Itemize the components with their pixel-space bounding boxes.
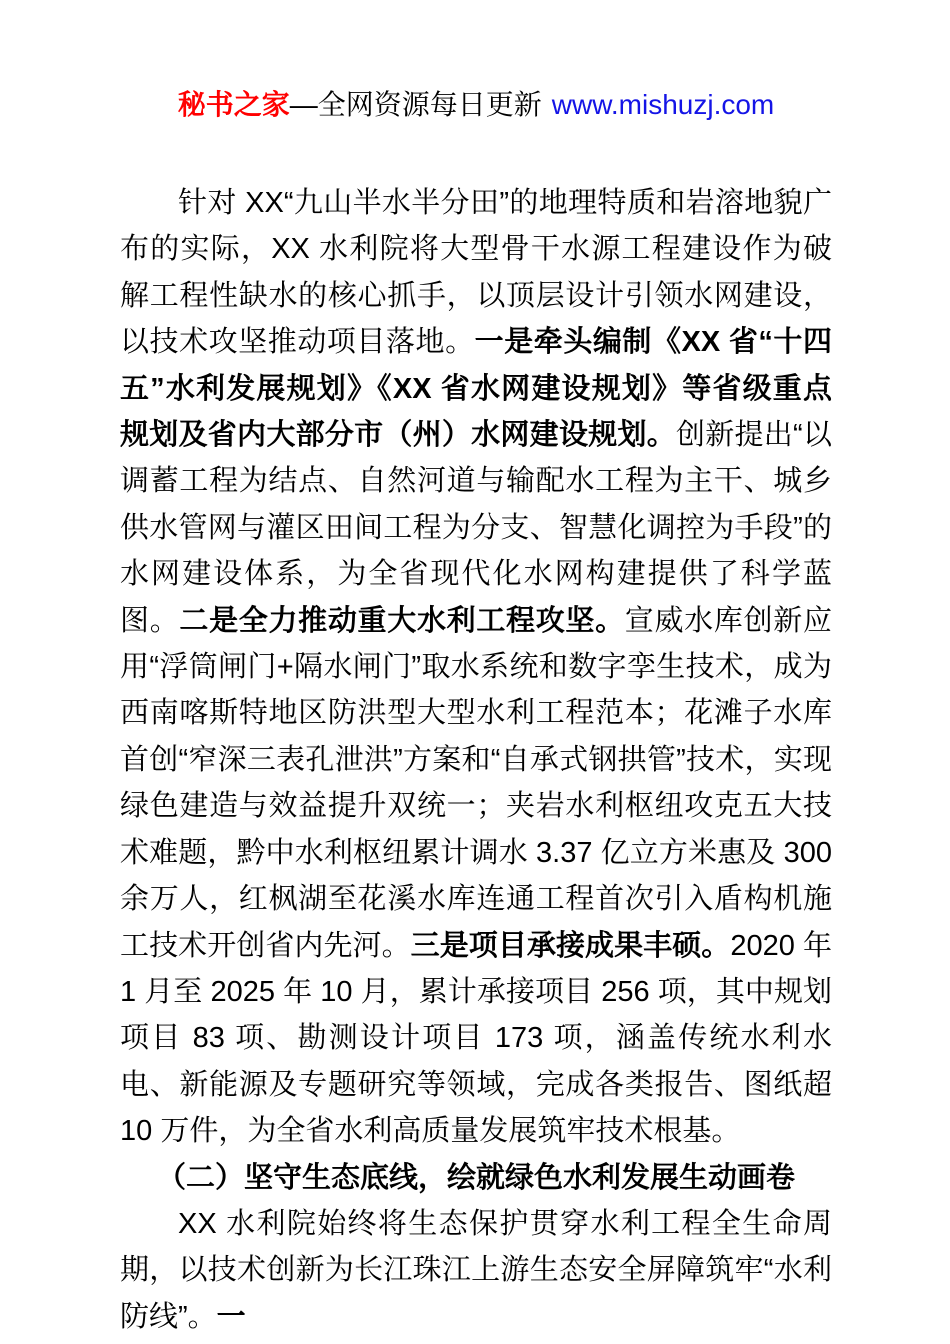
bold-text-run: 一 [217,1301,246,1333]
site-tagline: —全网资源每日更新 [290,89,542,120]
bold-text-run: （二）坚守生态底线，绘就绿色水利发展生动画卷 [157,1162,795,1194]
site-name: 秘书之家 [178,89,290,120]
text-run: 宣威水库创新应用“浮筒闸门+隔水闸门”取水系统和数字孪生技术，成为西南喀斯特地区… [120,605,832,962]
bold-text-run: 二是全力推动重大水利工程攻坚。 [179,605,624,637]
document-header: 秘书之家—全网资源每日更新www.mishuzj.com [120,86,832,124]
paragraph: 针对 XX“九山半水半分田”的地理特质和岩溶地貌广布的实际，XX 水利院将大型骨… [120,180,832,1155]
bold-text-run: 三是项目承接成果丰硕。 [411,930,731,962]
paragraph: XX 水利院始终将生态保护贯穿水利工程全生命周期，以技术创新为长江珠江上游生态安… [120,1201,832,1340]
document-body: 针对 XX“九山半水半分田”的地理特质和岩溶地貌广布的实际，XX 水利院将大型骨… [120,180,832,1340]
text-run: 2020 年 1 月至 2025 年 10 月，累计承接项目 256 项，其中规… [120,930,832,1148]
document-page: 秘书之家—全网资源每日更新www.mishuzj.com 针对 XX“九山半水半… [0,0,950,1344]
section-heading: （二）坚守生态底线，绘就绿色水利发展生动画卷 [120,1155,832,1201]
site-url-link[interactable]: www.mishuzj.com [552,89,774,120]
